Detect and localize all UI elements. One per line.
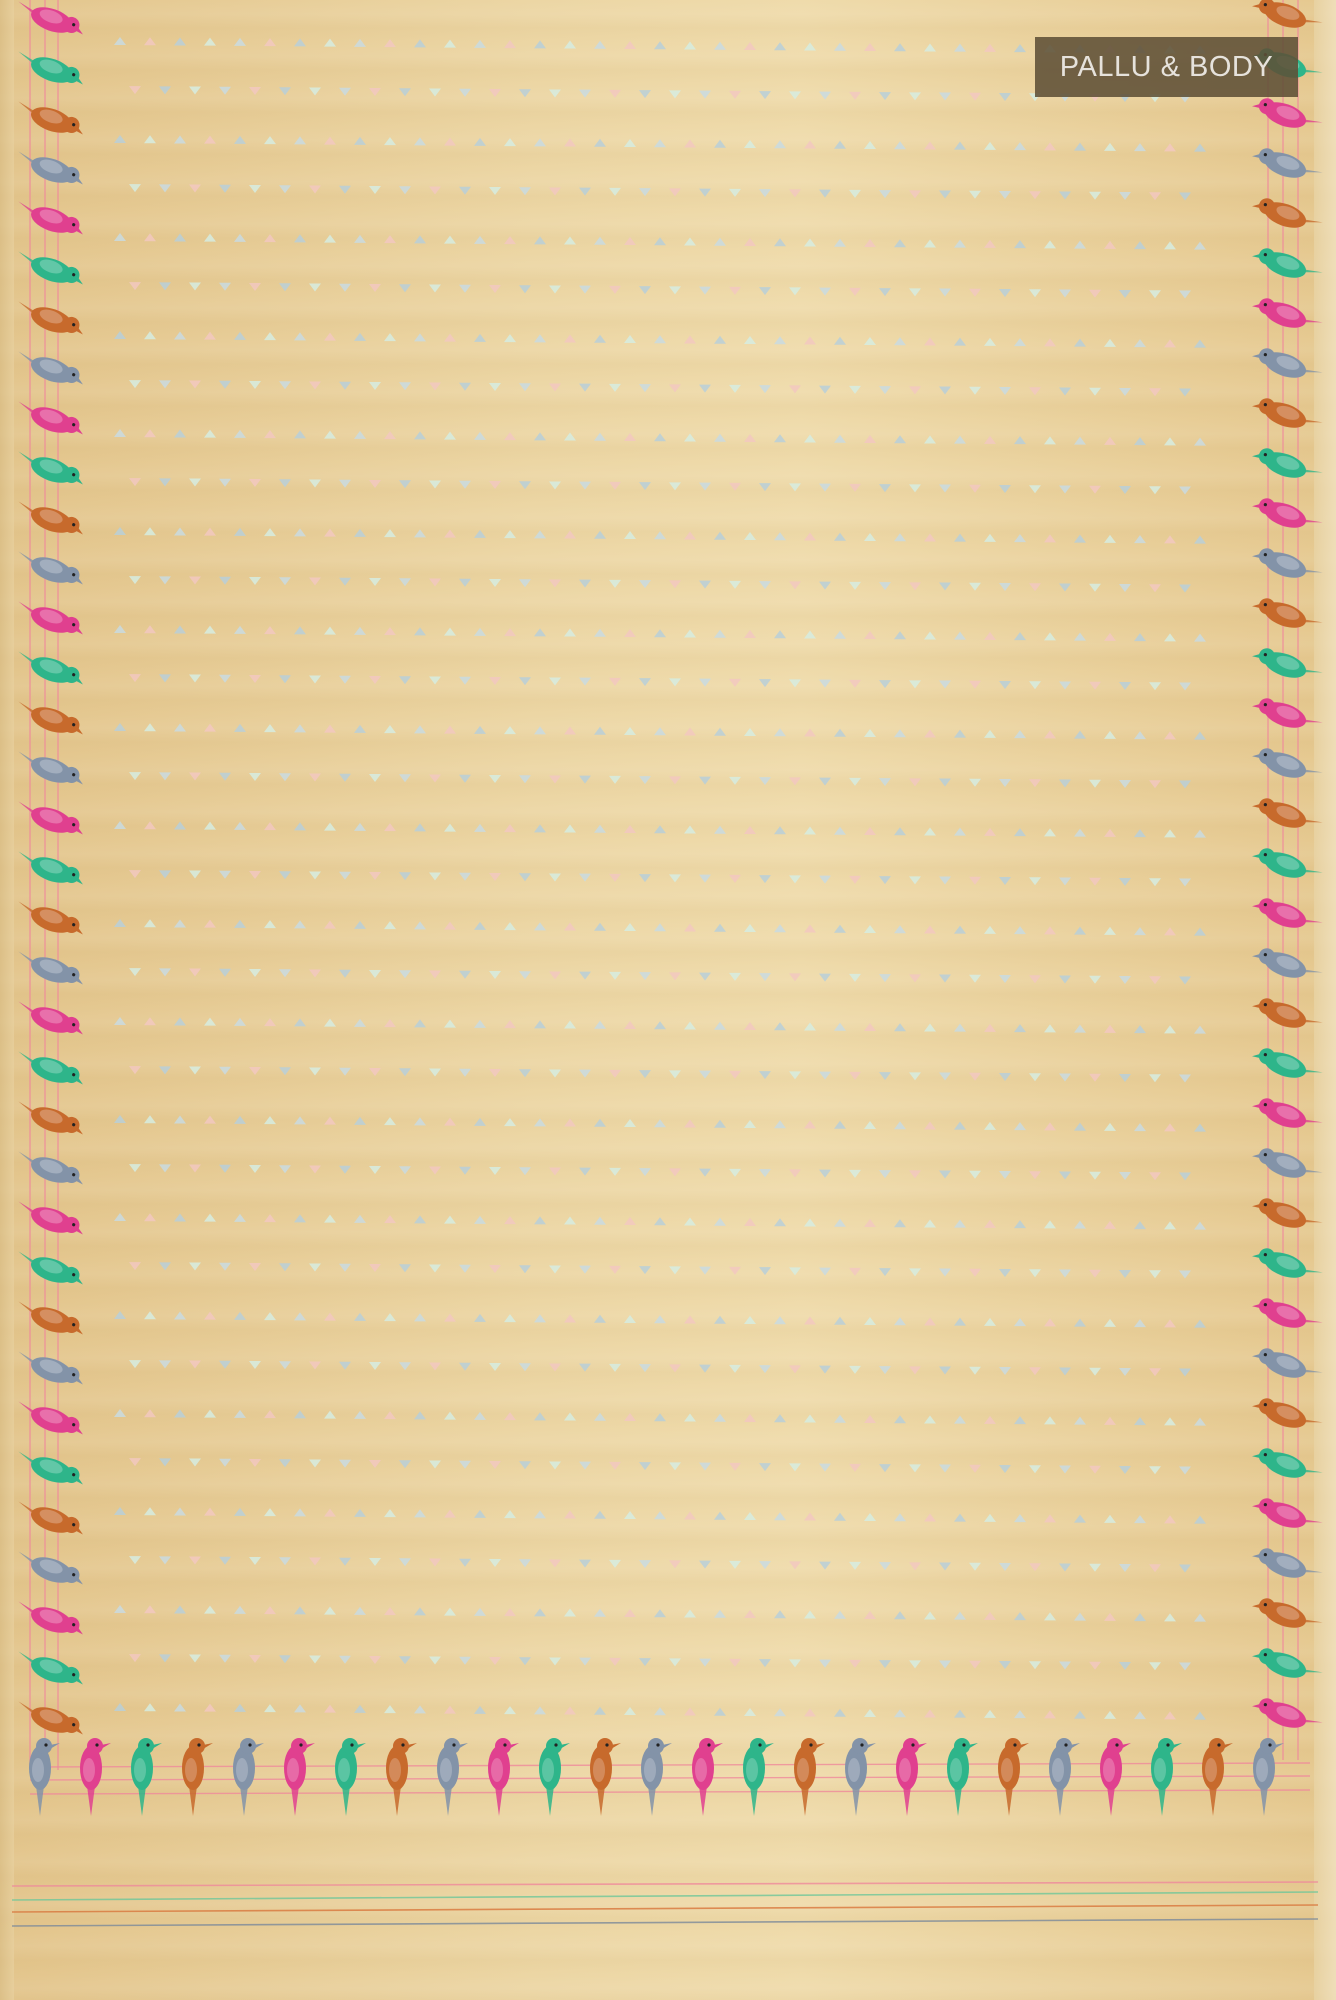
pink-bird-icon bbox=[13, 1197, 88, 1242]
orange-bird-icon bbox=[1249, 393, 1324, 438]
teal-bird-icon bbox=[13, 47, 88, 92]
orange-bird-icon bbox=[13, 897, 88, 942]
orange-bird-icon bbox=[13, 697, 88, 742]
grey-bird-icon bbox=[29, 1738, 60, 1816]
pink-bird-icon bbox=[1249, 893, 1324, 938]
grey-bird-icon bbox=[13, 1347, 88, 1392]
grey-bird-icon bbox=[13, 747, 88, 792]
orange-bird-icon bbox=[1202, 1738, 1233, 1816]
orange-bird-icon bbox=[13, 1297, 88, 1342]
grey-bird-icon bbox=[1049, 1738, 1080, 1816]
pink-bird-icon bbox=[896, 1738, 927, 1816]
teal-bird-icon bbox=[13, 1447, 88, 1492]
pink-bird-icon bbox=[1249, 293, 1324, 338]
teal-bird-icon bbox=[13, 1647, 88, 1692]
teal-bird-icon bbox=[131, 1738, 162, 1816]
bird-border-embroidery bbox=[0, 0, 1336, 2000]
orange-bird-icon bbox=[13, 97, 88, 142]
orange-bird-icon bbox=[1249, 993, 1324, 1038]
grey-bird-icon bbox=[1249, 1343, 1324, 1388]
orange-bird-icon bbox=[13, 1497, 88, 1542]
grey-bird-icon bbox=[1249, 143, 1324, 188]
grey-bird-icon bbox=[437, 1738, 468, 1816]
pink-bird-icon bbox=[13, 797, 88, 842]
teal-bird-icon bbox=[1249, 243, 1324, 288]
teal-bird-icon bbox=[1151, 1738, 1182, 1816]
pink-bird-icon bbox=[13, 397, 88, 442]
pink-bird-icon bbox=[1249, 493, 1324, 538]
grey-bird-icon bbox=[13, 347, 88, 392]
grey-bird-icon bbox=[13, 147, 88, 192]
teal-bird-icon bbox=[1249, 643, 1324, 688]
orange-bird-icon bbox=[13, 297, 88, 342]
teal-bird-icon bbox=[539, 1738, 570, 1816]
orange-bird-icon bbox=[386, 1738, 417, 1816]
pink-bird-icon bbox=[1249, 1693, 1324, 1738]
pink-bird-icon bbox=[1100, 1738, 1131, 1816]
orange-bird-icon bbox=[13, 1097, 88, 1142]
pink-bird-icon bbox=[13, 1397, 88, 1442]
pallu-body-label: PALLU & BODY bbox=[1035, 37, 1298, 97]
grey-bird-icon bbox=[641, 1738, 672, 1816]
teal-bird-icon bbox=[13, 847, 88, 892]
pink-bird-icon bbox=[488, 1738, 519, 1816]
grey-bird-icon bbox=[1249, 743, 1324, 788]
grey-bird-icon bbox=[233, 1738, 264, 1816]
teal-bird-icon bbox=[13, 647, 88, 692]
teal-bird-icon bbox=[1249, 843, 1324, 888]
pink-bird-icon bbox=[13, 597, 88, 642]
pink-bird-icon bbox=[1249, 1493, 1324, 1538]
grey-bird-icon bbox=[13, 947, 88, 992]
teal-bird-icon bbox=[1249, 1443, 1324, 1488]
grey-bird-icon bbox=[1249, 343, 1324, 388]
grey-bird-icon bbox=[1249, 943, 1324, 988]
pink-bird-icon bbox=[1249, 693, 1324, 738]
pink-bird-icon bbox=[1249, 93, 1324, 138]
grey-bird-icon bbox=[1249, 543, 1324, 588]
orange-bird-icon bbox=[1249, 193, 1324, 238]
grey-bird-icon bbox=[1249, 1143, 1324, 1188]
orange-bird-icon bbox=[1249, 593, 1324, 638]
teal-bird-icon bbox=[1249, 1643, 1324, 1688]
pink-bird-icon bbox=[13, 0, 88, 42]
grey-bird-icon bbox=[13, 1547, 88, 1592]
teal-bird-icon bbox=[13, 447, 88, 492]
saree-photo: PALLU & BODY bbox=[0, 0, 1336, 2000]
grey-bird-icon bbox=[1253, 1738, 1284, 1816]
teal-bird-icon bbox=[947, 1738, 978, 1816]
orange-bird-icon bbox=[1249, 1193, 1324, 1238]
orange-bird-icon bbox=[1249, 793, 1324, 838]
orange-bird-icon bbox=[794, 1738, 825, 1816]
teal-bird-icon bbox=[1249, 443, 1324, 488]
pink-bird-icon bbox=[13, 997, 88, 1042]
pink-bird-icon bbox=[80, 1738, 111, 1816]
orange-bird-icon bbox=[182, 1738, 213, 1816]
orange-bird-icon bbox=[13, 1697, 88, 1742]
pink-bird-icon bbox=[1249, 1293, 1324, 1338]
teal-bird-icon bbox=[1249, 1043, 1324, 1088]
orange-bird-icon bbox=[590, 1738, 621, 1816]
pink-bird-icon bbox=[13, 197, 88, 242]
orange-bird-icon bbox=[998, 1738, 1029, 1816]
orange-bird-icon bbox=[13, 497, 88, 542]
teal-bird-icon bbox=[13, 1047, 88, 1092]
pink-bird-icon bbox=[13, 1597, 88, 1642]
grey-bird-icon bbox=[13, 1147, 88, 1192]
grey-bird-icon bbox=[845, 1738, 876, 1816]
pink-bird-icon bbox=[1249, 1093, 1324, 1138]
teal-bird-icon bbox=[743, 1738, 774, 1816]
grey-bird-icon bbox=[1249, 1543, 1324, 1588]
teal-bird-icon bbox=[13, 1247, 88, 1292]
pink-bird-icon bbox=[692, 1738, 723, 1816]
teal-bird-icon bbox=[13, 247, 88, 292]
orange-bird-icon bbox=[1249, 1593, 1324, 1638]
pink-bird-icon bbox=[284, 1738, 315, 1816]
orange-bird-icon bbox=[1249, 1393, 1324, 1438]
teal-bird-icon bbox=[335, 1738, 366, 1816]
orange-bird-icon bbox=[1249, 0, 1324, 38]
teal-bird-icon bbox=[1249, 1243, 1324, 1288]
grey-bird-icon bbox=[13, 547, 88, 592]
